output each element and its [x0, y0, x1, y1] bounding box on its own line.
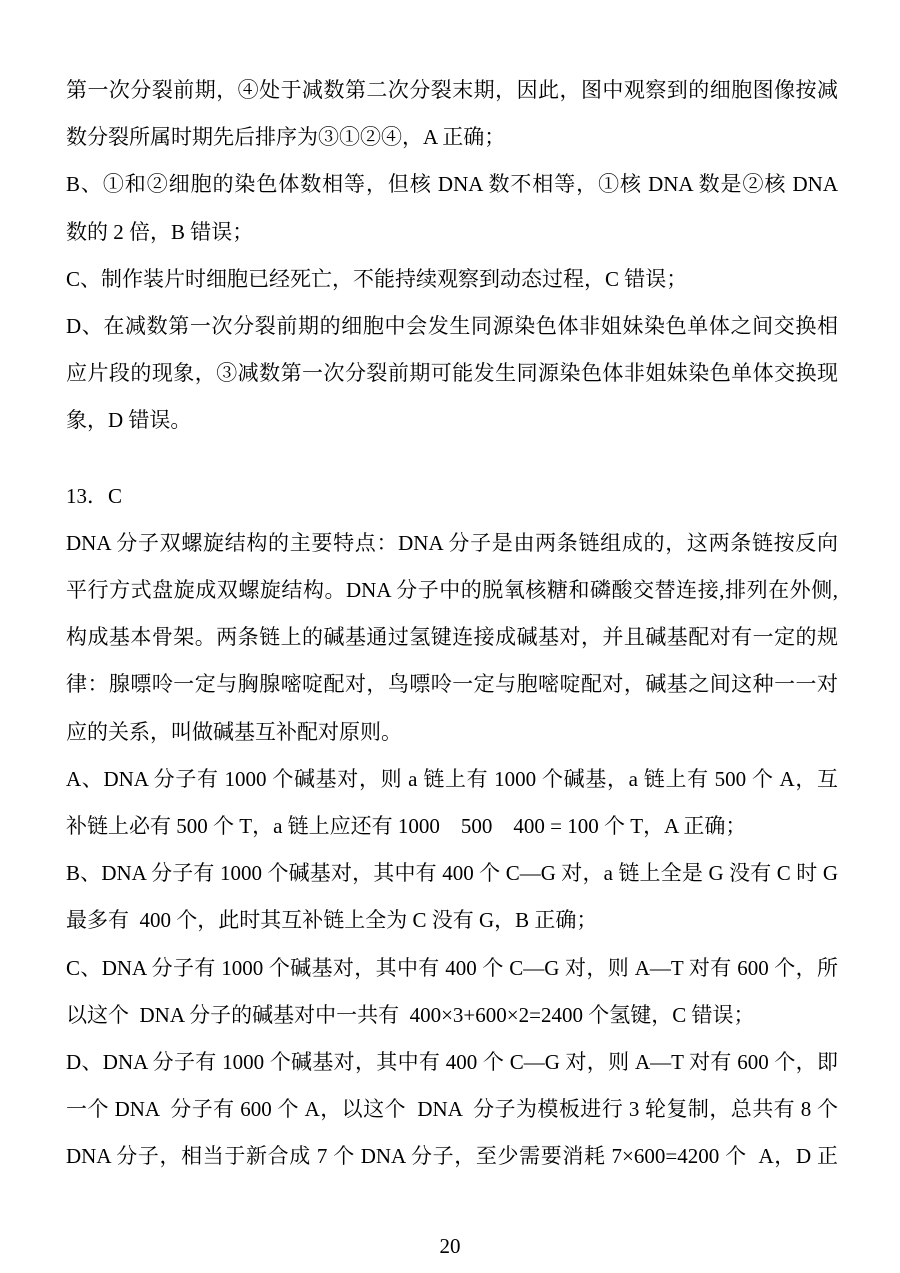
text-content: 第一次分裂前期，④处于减数第二次分裂末期，因此，图中观察到的细胞图像按减数分裂所…	[66, 67, 838, 1181]
text-line: C、制作装片时细胞已经死亡，不能持续观察到动态过程，C 错误；	[66, 256, 838, 303]
text-line: 第一次分裂前期，④处于减数第二次分裂末期，因此，图中观察到的细胞图像按减	[66, 67, 838, 114]
q13-answer: 13．C	[66, 473, 838, 520]
text-line: 一个 DNA 分子有 600 个 A，以这个 DNA 分子为模板进行 3 轮复制…	[66, 1086, 838, 1133]
text-line: 应的关系，叫做碱基互补配对原则。	[66, 709, 838, 756]
page-number: 20	[0, 1233, 900, 1259]
text-line: 律：腺嘌呤一定与胸腺嘧啶配对，鸟嘌呤一定与胞嘧啶配对，碱基之间这种一一对	[66, 661, 838, 708]
q13-explanation-intro: DNA 分子双螺旋结构的主要特点：DNA 分子是由两条链组成的，这两条链按反向平…	[66, 520, 838, 756]
text-line: A、DNA 分子有 1000 个碱基对，则 a 链上有 1000 个碱基，a 链…	[66, 756, 838, 803]
q13-option-a-analysis: A、DNA 分子有 1000 个碱基对，则 a 链上有 1000 个碱基，a 链…	[66, 756, 838, 850]
text-line: DNA 分子双螺旋结构的主要特点：DNA 分子是由两条链组成的，这两条链按反向	[66, 520, 838, 567]
text-line: D、在减数第一次分裂前期的细胞中会发生同源染色体非姐妹染色单体之间交换相	[66, 303, 838, 350]
text-line: D、DNA 分子有 1000 个碱基对，其中有 400 个 C—G 对，则 A—…	[66, 1039, 838, 1086]
q13-option-c-analysis: C、DNA 分子有 1000 个碱基对，其中有 400 个 C—G 对，则 A—…	[66, 945, 838, 1039]
text-line: 数的 2 倍，B 错误；	[66, 209, 838, 256]
text-line: 应片段的现象，③减数第一次分裂前期可能发生同源染色体非姐妹染色单体交换现	[66, 350, 838, 397]
q13-option-d-analysis: D、DNA 分子有 1000 个碱基对，其中有 400 个 C—G 对，则 A—…	[66, 1039, 838, 1181]
text-line: B、DNA 分子有 1000 个碱基对，其中有 400 个 C—G 对，a 链上…	[66, 850, 838, 897]
text-line: DNA 分子，相当于新合成 7 个 DNA 分子，至少需要消耗 7×600=42…	[66, 1133, 838, 1180]
text-line: 平行方式盘旋成双螺旋结构。DNA 分子中的脱氧核糖和磷酸交替连接,排列在外侧,	[66, 567, 838, 614]
text-line: 象，D 错误。	[66, 397, 838, 444]
text-line: 最多有 400 个，此时其互补链上全为 C 没有 G，B 正确；	[66, 897, 838, 944]
text-line: 构成基本骨架。两条链上的碱基通过氢键连接成碱基对，并且碱基配对有一定的规	[66, 614, 838, 661]
document-page: 第一次分裂前期，④处于减数第二次分裂末期，因此，图中观察到的细胞图像按减数分裂所…	[0, 0, 900, 1273]
text-line: C、DNA 分子有 1000 个碱基对，其中有 400 个 C—G 对，则 A—…	[66, 945, 838, 992]
text-line: 数分裂所属时期先后排序为③①②④，A 正确；	[66, 114, 838, 161]
text-line: 13．C	[66, 473, 838, 520]
text-line: 以这个 DNA 分子的碱基对中一共有 400×3+600×2=2400 个氢键，…	[66, 992, 838, 1039]
q12-analysis-continuation: 第一次分裂前期，④处于减数第二次分裂末期，因此，图中观察到的细胞图像按减数分裂所…	[66, 67, 838, 445]
text-line: B、①和②细胞的染色体数相等，但核 DNA 数不相等，①核 DNA 数是②核 D…	[66, 161, 838, 208]
text-line: 补链上必有 500 个 T，a 链上应还有 1000 500 400 = 100…	[66, 803, 838, 850]
q13-option-b-analysis: B、DNA 分子有 1000 个碱基对，其中有 400 个 C—G 对，a 链上…	[66, 850, 838, 944]
